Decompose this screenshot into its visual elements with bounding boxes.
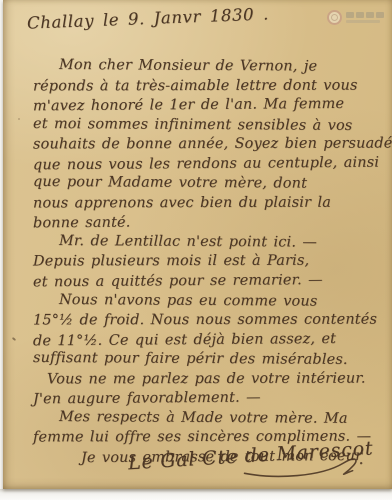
letter-line: Nous n'avons pas eu comme vous (59, 291, 380, 313)
letter-line: J'en augure favorablement. — (33, 388, 380, 410)
letter-line: que pour Madame votre mère, dont (33, 173, 380, 195)
letter-line: de 11°½. Ce qui est déjà bien assez, et (33, 329, 380, 351)
letter-line: Depuis plusieurs mois il est à Paris, (33, 252, 380, 272)
letter-line: Mr. de Lentillac n'est point ici. — (59, 232, 380, 254)
ink-speck (12, 337, 16, 341)
paper: Challay le 9. Janvr 1830 . Mon cher Mons… (3, 0, 392, 489)
watermark-emblem-icon (327, 10, 342, 25)
letter-line: 15°½ de froid. Nous nous sommes contenté… (33, 311, 380, 331)
letter-line: m'avez honoré le 1er de l'an. Ma femme (33, 95, 380, 117)
letter-line: suffisant pour faire périr des misérable… (33, 349, 380, 371)
letter-line: Mon cher Monsieur de Vernon, je (59, 56, 380, 78)
letter-line: bonne santé. (33, 212, 380, 234)
ink-speck (18, 118, 20, 120)
letter-line: et nous a quittés pour se remarier. — (33, 271, 380, 293)
letter-line: Vous ne me parlez pas de votre intérieur… (47, 369, 380, 389)
letter-line: réponds à ta très-aimable lettre dont vo… (33, 76, 380, 96)
watermark-text-icon (346, 10, 384, 23)
letter-line: Mes respects à Made votre mère. Ma (59, 408, 380, 430)
letter-body: Mon cher Monsieur de Vernon, je réponds … (33, 57, 380, 467)
letter-line: et moi sommes infiniment sensibles à vos (33, 115, 380, 137)
letter-line: souhaits de bonne année, Soyez bien pers… (33, 135, 380, 155)
dateline: Challay le 9. Janvr 1830 . (27, 4, 269, 32)
letter-line: nous apprenons avec bien du plaisir la (33, 193, 380, 213)
letter-photo: Challay le 9. Janvr 1830 . Mon cher Mons… (0, 0, 392, 500)
watermark (327, 10, 384, 25)
